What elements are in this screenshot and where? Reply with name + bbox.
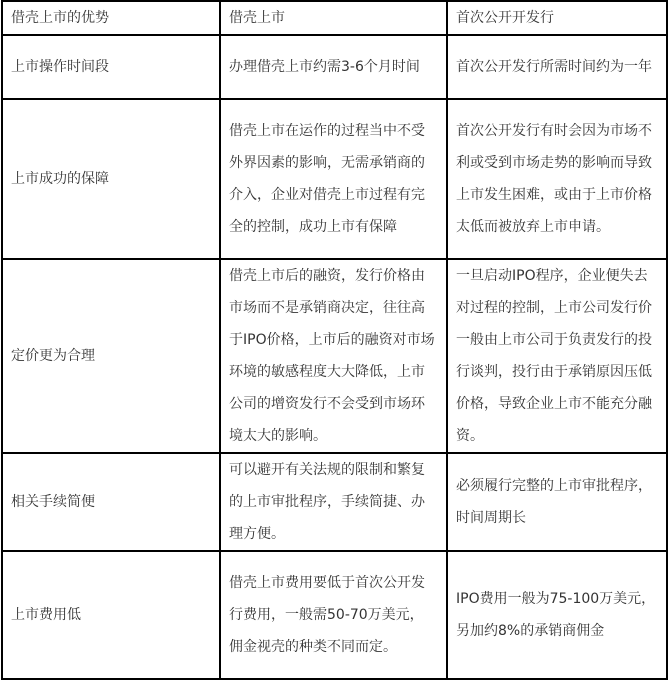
cell-text: 首次公开发行所需时间约为一年 [456, 51, 656, 83]
header-cell-backdoor-listing: 借壳上市 [220, 1, 447, 35]
table-row: 上市费用低 借壳上市费用要低于首次公开发行费用，一般需50-70万美元，佣金视壳… [2, 551, 667, 679]
cell-ipo: IPO费用一般为75-100万美元，另加约8%的承销商佣金 [447, 551, 667, 679]
cell-advantage: 上市费用低 [2, 551, 220, 679]
cell-text: 借壳上市后的融资，发行价格由市场而不是承销商决定，往往高于IPO价格，上市后的融… [229, 260, 436, 452]
cell-ipo: 一旦启动IPO程序，企业便失去对过程的控制，上市公司发行价一般由上市公司于负责发… [447, 259, 667, 453]
cell-text: IPO费用一般为75-100万美元，另加约8%的承销商佣金 [456, 583, 656, 647]
cell-advantage: 定价更为合理 [2, 259, 220, 453]
cell-text: 首次公开发行有时会因为市场不利或受到市场走势的影响而导致上市发生困难，或由于上市… [456, 115, 656, 243]
header-cell-advantage: 借壳上市的优势 [2, 1, 220, 35]
cell-text: 上市操作时间段 [11, 51, 209, 83]
table-header-row: 借壳上市的优势 借壳上市 首次公开开发行 [2, 1, 667, 35]
cell-text: 相关手续简便 [11, 486, 209, 518]
table-row: 上市操作时间段 办理借壳上市约需3-6个月时间 首次公开发行所需时间约为一年 [2, 35, 667, 99]
cell-text: 可以避开有关法规的限制和繁复的上市审批程序，手续简捷、办理方便。 [229, 454, 436, 550]
header-label: 借壳上市的优势 [11, 2, 209, 34]
cell-text: 借壳上市费用要低于首次公开发行费用，一般需50-70万美元，佣金视壳的种类不同而… [229, 567, 436, 663]
cell-advantage: 上市成功的保障 [2, 99, 220, 259]
cell-text: 必须履行完整的上市审批程序，时间周期长 [456, 470, 656, 534]
cell-ipo: 必须履行完整的上市审批程序，时间周期长 [447, 453, 667, 551]
table-row: 上市成功的保障 借壳上市在运作的过程当中不受外界因素的影响，无需承销商的介入，企… [2, 99, 667, 259]
header-label: 借壳上市 [229, 2, 436, 34]
header-label: 首次公开开发行 [456, 2, 656, 34]
cell-backdoor-listing: 借壳上市后的融资，发行价格由市场而不是承销商决定，往往高于IPO价格，上市后的融… [220, 259, 447, 453]
table-row: 相关手续简便 可以避开有关法规的限制和繁复的上市审批程序，手续简捷、办理方便。 … [2, 453, 667, 551]
cell-advantage: 相关手续简便 [2, 453, 220, 551]
cell-text: 一旦启动IPO程序，企业便失去对过程的控制，上市公司发行价一般由上市公司于负责发… [456, 260, 656, 452]
cell-backdoor-listing: 办理借壳上市约需3-6个月时间 [220, 35, 447, 99]
cell-text: 借壳上市在运作的过程当中不受外界因素的影响，无需承销商的介入，企业对借壳上市过程… [229, 115, 436, 243]
cell-text: 定价更为合理 [11, 340, 209, 372]
cell-ipo: 首次公开发行有时会因为市场不利或受到市场走势的影响而导致上市发生困难，或由于上市… [447, 99, 667, 259]
header-cell-ipo: 首次公开开发行 [447, 1, 667, 35]
cell-text: 上市费用低 [11, 599, 209, 631]
cell-ipo: 首次公开发行所需时间约为一年 [447, 35, 667, 99]
cell-advantage: 上市操作时间段 [2, 35, 220, 99]
comparison-table: 借壳上市的优势 借壳上市 首次公开开发行 上市操作时间段 办理借壳上市约需3-6… [1, 0, 668, 680]
cell-text: 办理借壳上市约需3-6个月时间 [229, 51, 436, 83]
cell-backdoor-listing: 借壳上市费用要低于首次公开发行费用，一般需50-70万美元，佣金视壳的种类不同而… [220, 551, 447, 679]
cell-text: 上市成功的保障 [11, 163, 209, 195]
table-row: 定价更为合理 借壳上市后的融资，发行价格由市场而不是承销商决定，往往高于IPO价… [2, 259, 667, 453]
cell-backdoor-listing: 借壳上市在运作的过程当中不受外界因素的影响，无需承销商的介入，企业对借壳上市过程… [220, 99, 447, 259]
cell-backdoor-listing: 可以避开有关法规的限制和繁复的上市审批程序，手续简捷、办理方便。 [220, 453, 447, 551]
